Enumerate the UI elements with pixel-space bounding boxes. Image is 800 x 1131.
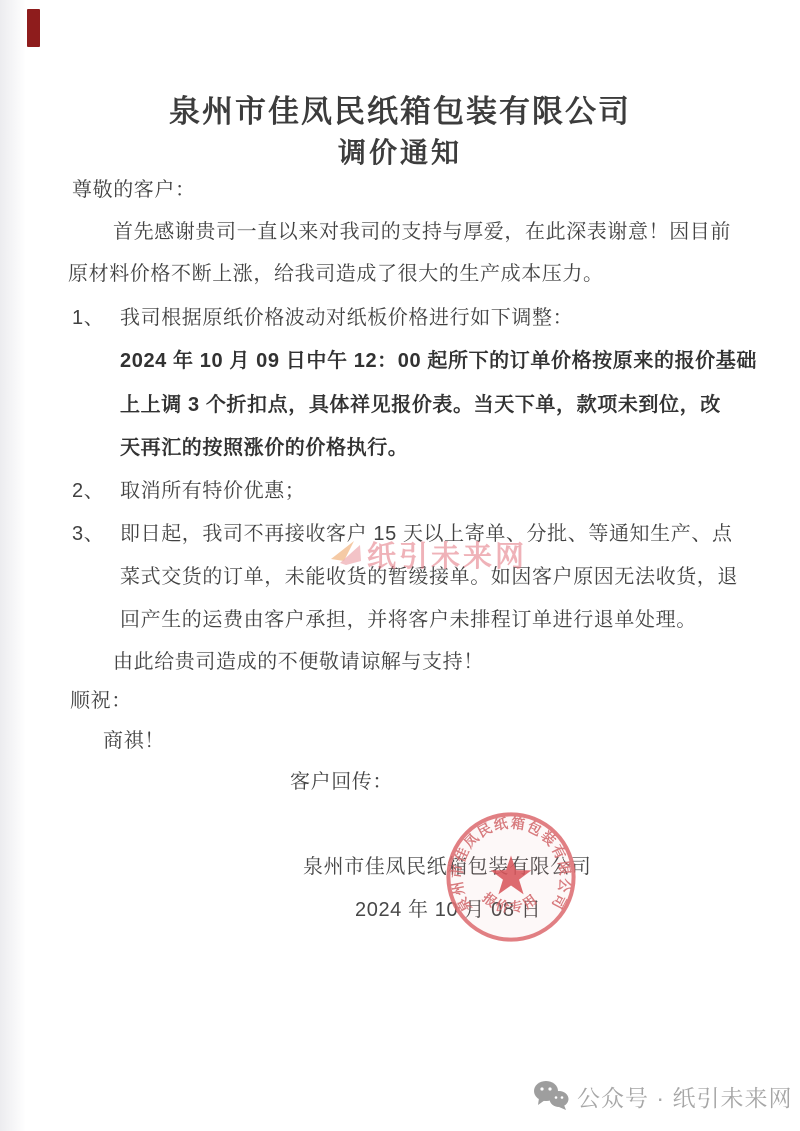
- item-2-line: 2、取消所有特价优惠；: [72, 477, 305, 505]
- item-2-number: 2、: [72, 477, 120, 505]
- item-1-number: 1、: [72, 304, 120, 332]
- red-corner-mark: [27, 9, 40, 47]
- price-rule-line-3: 天再汇的按照涨价的价格执行。: [120, 434, 408, 462]
- item-3-line: 3、即日起，我司不再接收客户 15 天以上寄单、分批、等通知生产、点: [72, 520, 733, 548]
- salutation-line: 尊敬的客户：: [72, 176, 196, 204]
- notice-document-page: 泉州市佳凤民纸箱包装有限公司 调价通知 尊敬的客户： 首先感谢贵司一直以来对我司…: [0, 0, 800, 1131]
- item-1-line: 1、我司根据原纸价格波动对纸板价格进行如下调整：: [72, 304, 573, 332]
- price-rule-line-1: 2024 年 10 月 09 日中午 12：00 起所下的订单价格按原来的报价基…: [120, 347, 757, 375]
- fax-back-label: 客户回传：: [290, 768, 393, 796]
- footer-account-label: 公众号 · 纸引未来网: [577, 1082, 792, 1114]
- item-3-cont-2: 回产生的运费由客户承担，并将客户未排程订单进行退单处理。: [120, 606, 697, 634]
- wish-label: 顺祝：: [70, 687, 132, 715]
- wish-word: 商祺！: [103, 727, 165, 755]
- price-rule-line-2: 上上调 3 个折扣点，具体祥见报价表。当天下单，款项未到位，改: [120, 391, 721, 419]
- item-3-text: 即日起，我司不再接收客户 15 天以上寄单、分批、等通知生产、点: [120, 523, 733, 545]
- item-3-number: 3、: [72, 520, 120, 548]
- wechat-icon: [533, 1080, 569, 1115]
- item-2-text: 取消所有特价优惠；: [120, 480, 305, 502]
- closing-line: 由此给贵司造成的不便敬请谅解与支持！: [113, 648, 484, 676]
- item-3-cont-1: 菜式交货的订单，未能收货的暂缓接单。如因客户原因无法收货，退: [120, 563, 738, 591]
- item-1-text: 我司根据原纸价格波动对纸板价格进行如下调整：: [120, 307, 573, 329]
- intro-line-1: 首先感谢贵司一直以来对我司的支持与厚爱，在此深表谢意！因目前: [113, 218, 731, 246]
- company-title: 泉州市佳凤民纸箱包装有限公司: [0, 86, 800, 131]
- wechat-footer: 公众号 · 纸引未来网: [533, 1080, 792, 1115]
- notice-subtitle: 调价通知: [0, 131, 800, 171]
- company-seal-stamp: 泉州市佳凤民纸箱包装有限公司 报价专用章: [435, 801, 587, 958]
- intro-line-2: 原材料价格不断上涨，给我司造成了很大的生产成本压力。: [68, 260, 604, 288]
